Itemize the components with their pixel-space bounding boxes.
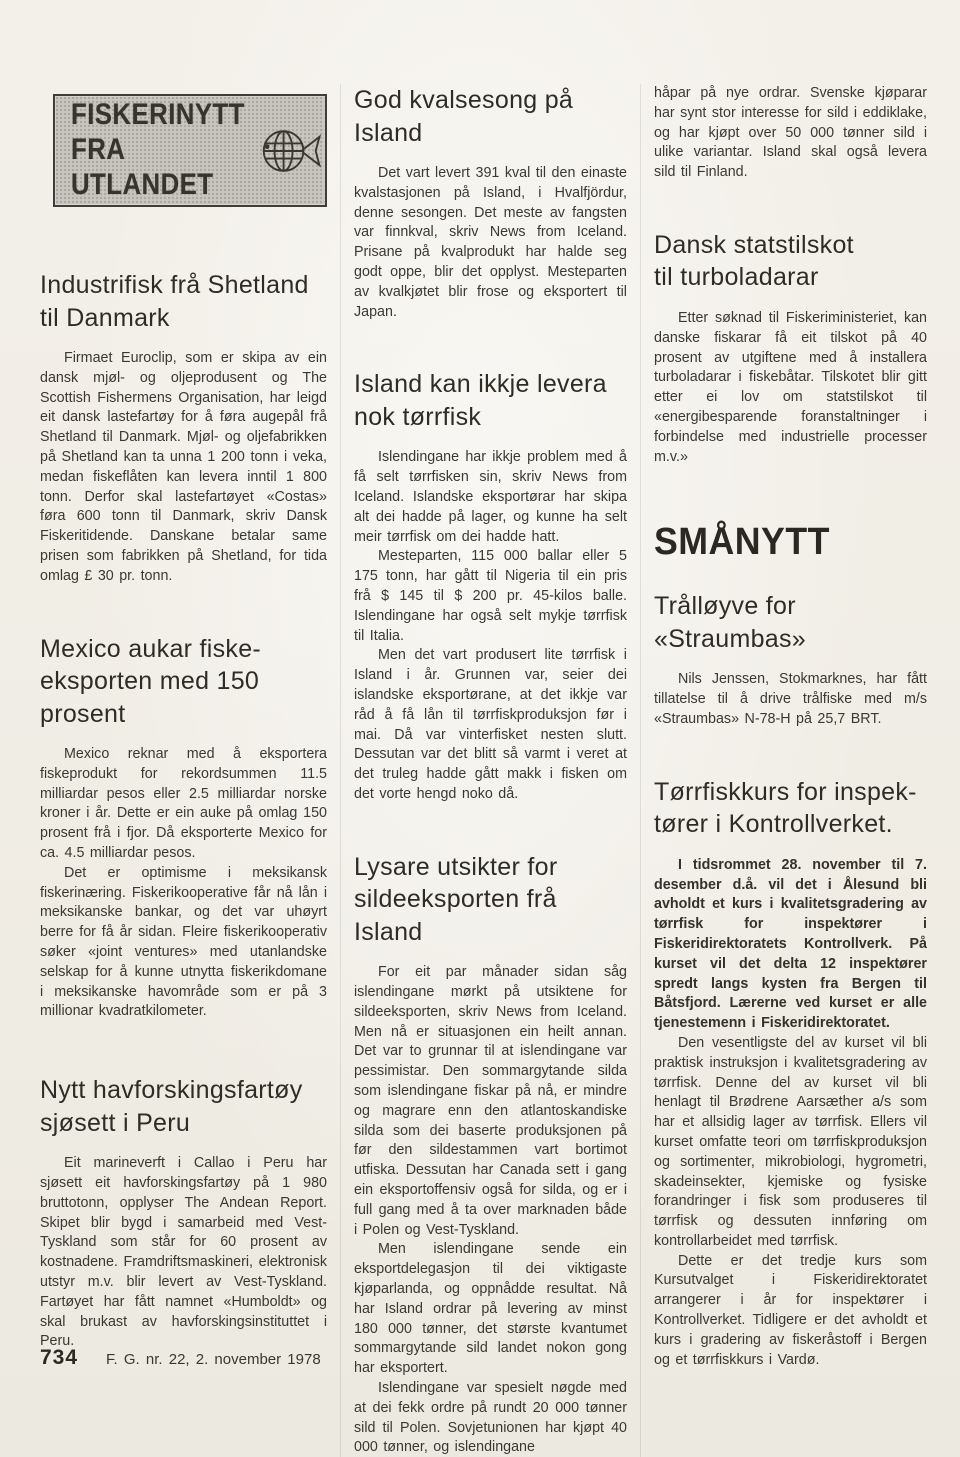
article-heading: Nytt havforskingsfartøy sjøsett i Peru xyxy=(40,1074,327,1139)
column-3: håpar på nye ordrar. Svenske kjøparar ha… xyxy=(640,84,927,1457)
article-torrfiskkurs: Tørrfiskkurs for inspek- tører i Kontrol… xyxy=(654,776,927,1371)
masthead: FISKERINYTT FRA UTLANDET xyxy=(53,94,327,207)
article-heading: Trålløyve for «Straumbas» xyxy=(654,590,927,655)
article-paragraph: Den vesentligste del av kurset vil bli p… xyxy=(654,1034,927,1252)
article-industrifisk: Industrifisk frå Shetland til Danmark Fi… xyxy=(40,269,327,587)
magazine-page: FISKERINYTT FRA UTLANDET Industrifi xyxy=(0,0,960,1457)
article-heading: Tørrfiskkurs for inspek- tører i Kontrol… xyxy=(654,776,927,841)
article-heading: Dansk statstilskot til turboladarar xyxy=(654,229,927,294)
article-paragraph: For eit par månader sidan såg islendinga… xyxy=(354,963,627,1240)
article-dansk-statstilskot: Dansk statstilskot til turboladarar Ette… xyxy=(654,229,927,467)
column-2: God kvalsesong på Island Det vart levert… xyxy=(340,84,640,1457)
article-heading: Industrifisk frå Shetland til Danmark xyxy=(40,269,327,334)
article-paragraph: Det vart levert 391 kval til den einaste… xyxy=(354,164,627,322)
article-paragraph: Eit marineverft i Callao i Peru har sjøs… xyxy=(40,1154,327,1352)
page-columns: FISKERINYTT FRA UTLANDET Industrifi xyxy=(40,84,927,1457)
article-heading: Mexico aukar fiske- eksporten med 150 pr… xyxy=(40,633,327,731)
article-mexico-eksport: Mexico aukar fiske- eksporten med 150 pr… xyxy=(40,633,327,1023)
article-havforskingsfartoy: Nytt havforskingsfartøy sjøsett i Peru E… xyxy=(40,1074,327,1352)
article-paragraph: Firmaet Euroclip, som er skipa av ein da… xyxy=(40,349,327,587)
column-1: FISKERINYTT FRA UTLANDET Industrifi xyxy=(40,84,340,1457)
article-paragraph: Det er optimisme i meksikansk fiskerinær… xyxy=(40,864,327,1022)
article-paragraph: Nils Jenssen, Stokmarknes, har fått till… xyxy=(654,670,927,729)
article-paragraph: Etter søknad til Fiskeriministeriet, kan… xyxy=(654,309,927,467)
continuation-paragraph: håpar på nye ordrar. Svenske kjøparar ha… xyxy=(654,84,927,183)
article-kvalsesong: God kvalsesong på Island Det vart levert… xyxy=(354,84,627,322)
article-paragraph: Mesteparten, 115 000 ballar eller 5 175 … xyxy=(354,547,627,646)
article-paragraph: Men islendingane sende ein eksportdelega… xyxy=(354,1240,627,1379)
article-paragraph: Islendingane var spesielt nøgde med at d… xyxy=(354,1379,627,1457)
article-paragraph: Dette er det tredje kurs som Kursutvalge… xyxy=(654,1252,927,1371)
article-heading: Island kan ikkje levera nok tørrfisk xyxy=(354,368,627,433)
article-heading: God kvalsesong på Island xyxy=(354,84,627,149)
page-number: 734 xyxy=(40,1346,78,1370)
page-footer: 734 F. G. nr. 22, 2. november 1978 xyxy=(40,1346,321,1370)
issue-line: F. G. nr. 22, 2. november 1978 xyxy=(106,1351,321,1368)
globe-fish-icon xyxy=(259,124,327,178)
fish-eye-dot xyxy=(265,144,270,149)
article-paragraph: Mexico reknar med å eksportera fiskeprod… xyxy=(40,745,327,864)
article-paragraph: Men det vart produsert lite tørrfisk i I… xyxy=(354,646,627,804)
article-sildeeksport: Lysare utsikter for sildeeksporten frå I… xyxy=(354,851,627,1457)
smaanytt-section-heading: SMÅNYTT xyxy=(654,521,911,564)
masthead-title: FISKERINYTT FRA UTLANDET xyxy=(71,98,245,202)
article-heading: Lysare utsikter for sildeeksporten frå I… xyxy=(354,851,627,949)
article-paragraph: I tidsrommet 28. november til 7. desembe… xyxy=(654,856,927,1034)
article-paragraph: Islendingane har ikkje problem med å få … xyxy=(354,448,627,547)
article-tralloyve: Trålløyve for «Straumbas» Nils Jenssen, … xyxy=(654,590,927,729)
article-torrfisk-levering: Island kan ikkje levera nok tørrfisk Isl… xyxy=(354,368,627,804)
